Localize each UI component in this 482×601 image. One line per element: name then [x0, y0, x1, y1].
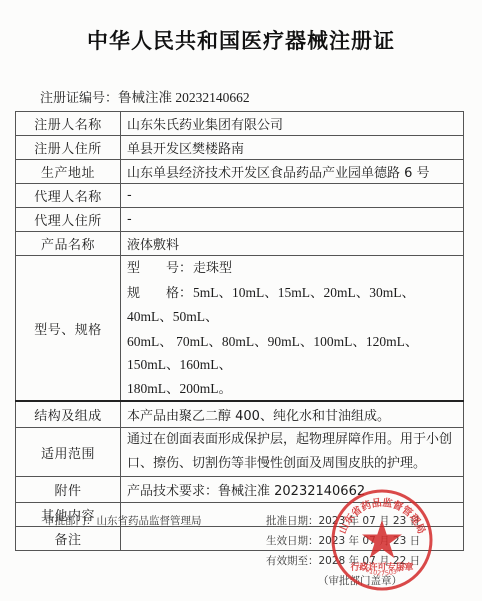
row-label: 备注: [16, 527, 121, 551]
row-label: 型号、规格: [16, 256, 121, 402]
row-label: 附件: [16, 477, 121, 503]
table-row: 注册人名称 山东朱氏药业集团有限公司: [16, 112, 464, 136]
registration-number-value: 鲁械注准 20232140662: [118, 90, 250, 105]
registrant-name: 山东朱氏药业集团有限公司: [121, 112, 464, 136]
table-row: 代理人住所 -: [16, 208, 464, 232]
table-row: 适用范围 通过在创面表面形成保护层，起物理屏障作用。用于小创 口、擦伤、切割伤等…: [16, 428, 464, 477]
spec-values-2: 60mL、 70mL、80mL、90mL、100mL、120mL、150mL、1…: [127, 330, 457, 377]
row-label: 代理人住所: [16, 208, 121, 232]
row-label: 结构及组成: [16, 401, 121, 428]
product-name: 液体敷料: [121, 232, 464, 256]
spec-line: 规 格：5mL、10mL、15mL、20mL、30mL、40mL、50mL、: [127, 281, 457, 330]
production-address: 山东单县经济技术开发区食品药品产业园单德路 6 号: [121, 160, 464, 184]
model-line: 型 号：走珠型: [127, 257, 457, 281]
row-label: 注册人住所: [16, 136, 121, 160]
model-key: 型 号：: [127, 257, 193, 281]
document-title: 中华人民共和国医疗器械注册证: [0, 25, 482, 55]
approval-department: 审批部门：山东省药品监督管理局: [44, 513, 202, 528]
registration-number-label: 注册证编号：: [40, 91, 118, 106]
spec-key: 规 格：: [127, 282, 193, 306]
row-label: 代理人名称: [16, 184, 121, 208]
row-label: 注册人名称: [16, 112, 121, 136]
model-spec: 型 号：走珠型 规 格：5mL、10mL、15mL、20mL、30mL、40mL…: [121, 256, 464, 402]
table-row: 产品名称 液体敷料: [16, 232, 464, 256]
certificate-table: 注册人名称 山东朱氏药业集团有限公司 注册人住所 单县开发区樊楼路南 生产地址 …: [15, 111, 464, 551]
table-row: 生产地址 山东单县经济技术开发区食品药品产业园单德路 6 号: [16, 160, 464, 184]
table-row: 代理人名称 -: [16, 184, 464, 208]
intended-use-line-1: 通过在创面表面形成保护层，起物理屏障作用。用于小创: [127, 428, 457, 452]
table-row: 注册人住所 单县开发区樊楼路南: [16, 136, 464, 160]
official-seal-icon: 山东省药品监督管理局 行政许可专用章 3701027503440: [330, 488, 434, 592]
intended-use: 通过在创面表面形成保护层，起物理屏障作用。用于小创 口、擦伤、切割伤等非慢性创面…: [121, 428, 464, 477]
table-row: 型号、规格 型 号：走珠型 规 格：5mL、10mL、15mL、20mL、30m…: [16, 256, 464, 402]
model-value: 走珠型: [193, 261, 232, 276]
spec-values-3: 180mL、200mL。: [127, 377, 457, 401]
row-label: 适用范围: [16, 428, 121, 477]
row-label: 生产地址: [16, 160, 121, 184]
composition: 本产品由聚乙二醇 400、纯化水和甘油组成。: [121, 401, 464, 428]
agent-name: -: [121, 184, 464, 208]
row-label: 产品名称: [16, 232, 121, 256]
intended-use-line-2: 口、擦伤、切割伤等非慢性创面及周围皮肤的护理。: [127, 452, 457, 476]
table-row: 结构及组成 本产品由聚乙二醇 400、纯化水和甘油组成。: [16, 401, 464, 428]
agent-address: -: [121, 208, 464, 232]
registration-number: 注册证编号：鲁械注准 20232140662: [40, 86, 250, 106]
registrant-address: 单县开发区樊楼路南: [121, 136, 464, 160]
